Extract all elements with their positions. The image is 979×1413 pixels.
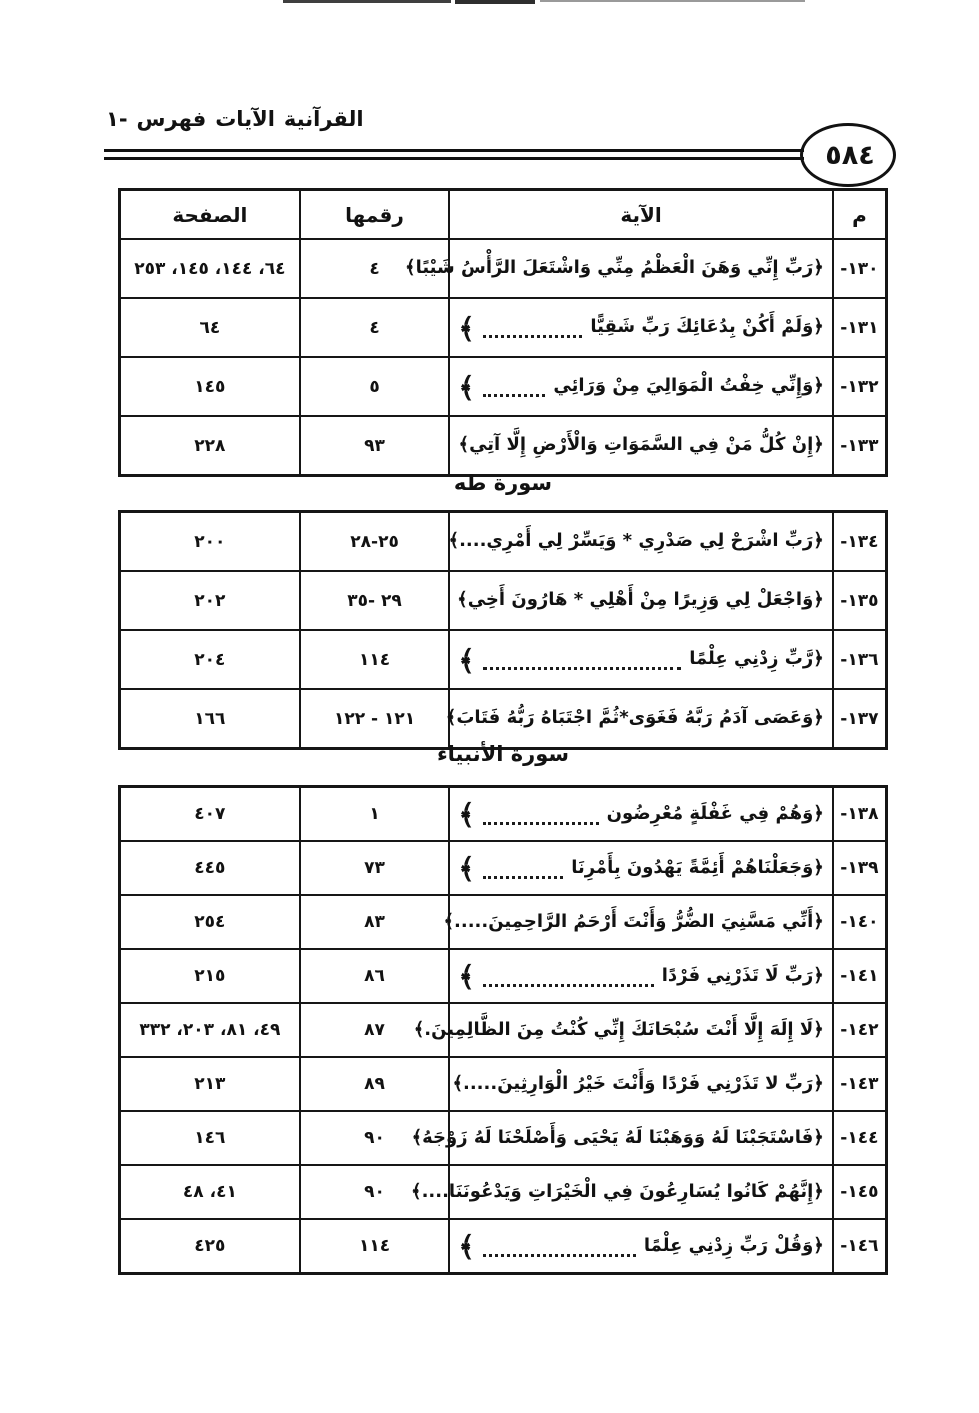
verse-cell: ﴿لَا إِلَهَ إِلَّا أَنْتَ سُبْحَانَكَ إِ… xyxy=(449,1003,833,1057)
serial-cell: ١٤٦- xyxy=(833,1219,887,1274)
serial-cell: ١٣٥- xyxy=(833,571,887,630)
table-row: ١٤١- ﴿رَبِّ لَا تَذَرْنِي فَرْدًا﴾ ٨٦ ٢١… xyxy=(120,949,887,1003)
verse-cell: ﴿فَاسْتَجَبْنَا لَهُ وَوَهَبْنَا لَهُ يَ… xyxy=(449,1111,833,1165)
serial-cell: ١٣٤- xyxy=(833,512,887,572)
verse-text: ﴿رَبِّ لَا تَذَرْنِي فَرْدًا xyxy=(662,965,824,988)
ayah-number-cell: ٧٣ xyxy=(300,841,450,895)
surah-header-anbiya: سورة الأنبياء xyxy=(118,742,888,766)
ayah-number-cell: ٤ xyxy=(300,298,450,357)
dotted-leader xyxy=(483,335,583,338)
serial-cell: ١٣٢- xyxy=(833,357,887,416)
closing-bracket: ﴾ xyxy=(458,855,474,883)
table-row: ١٣٢- ﴿وَإِنِّي خِفْتُ الْمَوَالِيَ مِنْ … xyxy=(120,357,887,416)
verse-text: ﴿وَعَصَى آدَمُ رَبَّهُ فَغَوَى*ثُمَّ اجْ… xyxy=(446,707,824,730)
page-ref-cell: ٦٤ xyxy=(120,298,300,357)
page-ref-cell: ٢٠٠ xyxy=(120,512,300,572)
title-token: فهرس xyxy=(137,107,207,131)
header-double-rule xyxy=(104,149,804,160)
verse-text: ﴿رَبِّ إِنِّي وَهَنَ الْعَظْمُ مِنِّي وَ… xyxy=(405,257,824,280)
closing-bracket: ﴾ xyxy=(458,315,474,343)
verse-cell: ﴿أَنِّي مَسَّنِيَ الضُّرُّ وَأَنْتَ أَرْ… xyxy=(449,895,833,949)
page-number: ٥٨٤ xyxy=(825,140,874,171)
table-row: ١٤٤- ﴿فَاسْتَجَبْنَا لَهُ وَوَهَبْنَا لَ… xyxy=(120,1111,887,1165)
verse-cell: ﴿وَإِنِّي خِفْتُ الْمَوَالِيَ مِنْ وَرَا… xyxy=(449,357,833,416)
serial-cell: ١٣١- xyxy=(833,298,887,357)
verse-text: ﴿رَبِّ اشْرَحْ لِي صَدْرِي * وَيَسِّرْ ل… xyxy=(449,530,824,553)
dotted-leader xyxy=(483,822,599,825)
serial-cell: ١٣٦- xyxy=(833,630,887,689)
table-row: ١٣٣- ﴿إِنْ كُلُّ مَنْ فِي السَّمَوَاتِ و… xyxy=(120,416,887,476)
verse-cell: ﴿وَلَمْ أَكُنْ بِدُعَائِكَ رَبِّ شَقِيًّ… xyxy=(449,298,833,357)
title-token: ١- xyxy=(106,107,128,131)
page-ref-cell: ٦٤، ١٤٤، ١٤٥، ٢٥٣ xyxy=(120,239,300,298)
serial-cell: ١٤١- xyxy=(833,949,887,1003)
verse-cell: ﴿وَجَعَلْنَاهُمْ أَئِمَّةً يَهْدُونَ بِأ… xyxy=(449,841,833,895)
ayah-number-cell: ٢٥-٢٨ xyxy=(300,512,450,572)
dotted-leader xyxy=(483,667,682,670)
serial-cell: ١٤٢- xyxy=(833,1003,887,1057)
page-ref-cell: ٤١، ٤٨ xyxy=(120,1165,300,1219)
closing-bracket: ﴾ xyxy=(458,1233,474,1261)
dotted-leader xyxy=(483,1254,636,1257)
serial-cell: ١٣٨- xyxy=(833,787,887,842)
page-ref-cell: ٢٢٨ xyxy=(120,416,300,476)
ayah-number-cell: ١١٤ xyxy=(300,630,450,689)
serial-cell: ١٤٠- xyxy=(833,895,887,949)
page-ref-cell: ٤٩، ٨١، ٢٠٣، ٣٣٢ xyxy=(120,1003,300,1057)
page-ref-cell: ٢٠٢ xyxy=(120,571,300,630)
verse-text: ﴿أَنِّي مَسَّنِيَ الضُّرُّ وَأَنْتَ أَرْ… xyxy=(444,911,824,934)
verse-cell: ﴿رَّبِّ زِدْنِي عِلْمًا﴾ xyxy=(449,630,833,689)
verse-cell: ﴿وَاجْعَلْ لِي وَزِيرًا مِنْ أَهْلِي * ه… xyxy=(449,571,833,630)
verse-cell: ﴿إِنَّهُمْ كَانُوا يُسَارِعُونَ فِي الْخ… xyxy=(449,1165,833,1219)
verse-text: ﴿وَهُمْ فِي غَفْلَةٍ مُعْرِضُون xyxy=(607,803,824,826)
verse-text: ﴿وَإِنِّي خِفْتُ الْمَوَالِيَ مِنْ وَرَا… xyxy=(553,375,823,398)
page-ref-cell: ٤٠٧ xyxy=(120,787,300,842)
page-title: ١- فهرس الآيات القرآنية xyxy=(106,107,364,131)
verse-text: ﴿إِنَّهُمْ كَانُوا يُسَارِعُونَ فِي الْخ… xyxy=(411,1181,824,1204)
verse-cell: ﴿رَبِّ لا تَذَرْنِي فَرْدًا وَأَنْتَ خَي… xyxy=(449,1057,833,1111)
ayah-number-cell: ٨٦ xyxy=(300,949,450,1003)
ayah-number-cell: ١٢١ - ١٢٢ xyxy=(300,689,450,749)
page-ref-cell: ١٤٥ xyxy=(120,357,300,416)
closing-bracket: ﴾ xyxy=(458,963,474,991)
dotted-leader xyxy=(483,876,563,879)
index-table-block-1: م الآية رقمها الصفحة ١٣٠- ﴿رَبِّ إِنِّي … xyxy=(118,188,888,477)
table-row: ١٣٨- ﴿وَهُمْ فِي غَفْلَةٍ مُعْرِضُون﴾ ١ … xyxy=(120,787,887,842)
ayah-number-cell: ٥ xyxy=(300,357,450,416)
verse-text: ﴿وَقُلْ رَبِّ زِدْنِي عِلْمًا xyxy=(644,1235,824,1258)
table-row: ١٤٠- ﴿أَنِّي مَسَّنِيَ الضُّرُّ وَأَنْتَ… xyxy=(120,895,887,949)
page-ref-cell: ١٦٦ xyxy=(120,689,300,749)
ayah-number-cell: ٩٣ xyxy=(300,416,450,476)
table-row: ١٣٤- ﴿رَبِّ اشْرَحْ لِي صَدْرِي * وَيَسِ… xyxy=(120,512,887,572)
table-row: ١٤٥- ﴿إِنَّهُمْ كَانُوا يُسَارِعُونَ فِي… xyxy=(120,1165,887,1219)
page-ref-cell: ١٤٦ xyxy=(120,1111,300,1165)
verse-cell: ﴿وَعَصَى آدَمُ رَبَّهُ فَغَوَى*ثُمَّ اجْ… xyxy=(449,689,833,749)
scanned-book-page: { "page_number": "٥٨٤", "header": { "tok… xyxy=(0,0,979,1413)
dotted-leader xyxy=(483,984,654,987)
table-header-row: م الآية رقمها الصفحة xyxy=(120,190,887,240)
page-number-badge: ٥٨٤ xyxy=(800,123,896,187)
page-ref-cell: ٢١٥ xyxy=(120,949,300,1003)
serial-cell: ١٣٣- xyxy=(833,416,887,476)
table-row: ١٤٦- ﴿وَقُلْ رَبِّ زِدْنِي عِلْمًا﴾ ١١٤ … xyxy=(120,1219,887,1274)
verse-text: ﴿رَبِّ لا تَذَرْنِي فَرْدًا وَأَنْتَ خَي… xyxy=(452,1073,823,1096)
table-row: ١٣٦- ﴿رَّبِّ زِدْنِي عِلْمًا﴾ ١١٤ ٢٠٤ xyxy=(120,630,887,689)
closing-bracket: ﴾ xyxy=(458,801,474,829)
page-ref-cell: ٢٠٤ xyxy=(120,630,300,689)
ayah-number-cell: ٨٣ xyxy=(300,895,450,949)
title-token: القرآنية xyxy=(284,107,364,131)
column-header-number: رقمها xyxy=(300,190,450,240)
index-table-block-2: ١٣٤- ﴿رَبِّ اشْرَحْ لِي صَدْرِي * وَيَسِ… xyxy=(118,510,888,750)
table-row: ١٤٢- ﴿لَا إِلَهَ إِلَّا أَنْتَ سُبْحَانَ… xyxy=(120,1003,887,1057)
column-header-verse: الآية xyxy=(449,190,833,240)
scan-artifact xyxy=(455,0,535,4)
table-row: ١٣٩- ﴿وَجَعَلْنَاهُمْ أَئِمَّةً يَهْدُون… xyxy=(120,841,887,895)
verse-text: ﴿فَاسْتَجَبْنَا لَهُ وَوَهَبْنَا لَهُ يَ… xyxy=(412,1127,824,1150)
column-header-page: الصفحة xyxy=(120,190,300,240)
scan-artifact xyxy=(540,0,805,2)
closing-bracket: ﴾ xyxy=(458,647,474,675)
table-row: ١٣٧- ﴿وَعَصَى آدَمُ رَبَّهُ فَغَوَى*ثُمَ… xyxy=(120,689,887,749)
serial-cell: ١٤٥- xyxy=(833,1165,887,1219)
serial-cell: ١٣٠- xyxy=(833,239,887,298)
ayah-number-cell: ٨٩ xyxy=(300,1057,450,1111)
closing-bracket: ﴾ xyxy=(458,374,474,402)
verse-text: ﴿إِنْ كُلُّ مَنْ فِي السَّمَوَاتِ وَالْأ… xyxy=(459,434,824,457)
page-ref-cell: ٤٢٥ xyxy=(120,1219,300,1274)
verse-cell: ﴿وَقُلْ رَبِّ زِدْنِي عِلْمًا﴾ xyxy=(449,1219,833,1274)
ayah-number-cell: ١١٤ xyxy=(300,1219,450,1274)
verse-text: ﴿رَّبِّ زِدْنِي عِلْمًا xyxy=(689,648,824,671)
serial-cell: ١٣٩- xyxy=(833,841,887,895)
ayah-number-cell: ١ xyxy=(300,787,450,842)
verse-text: ﴿وَجَعَلْنَاهُمْ أَئِمَّةً يَهْدُونَ بِأ… xyxy=(571,857,824,880)
ayah-number-cell: ٢٩ -٣٥ xyxy=(300,571,450,630)
serial-cell: ١٤٣- xyxy=(833,1057,887,1111)
table-row: ١٤٣- ﴿رَبِّ لا تَذَرْنِي فَرْدًا وَأَنْت… xyxy=(120,1057,887,1111)
index-table-block-3: ١٣٨- ﴿وَهُمْ فِي غَفْلَةٍ مُعْرِضُون﴾ ١ … xyxy=(118,785,888,1275)
scan-artifact xyxy=(283,0,451,3)
verse-text: ﴿وَاجْعَلْ لِي وَزِيرًا مِنْ أَهْلِي * ه… xyxy=(457,589,824,612)
title-token: الآيات xyxy=(215,107,275,131)
column-header-serial: م xyxy=(833,190,887,240)
verse-text: ﴿وَلَمْ أَكُنْ بِدُعَائِكَ رَبِّ شَقِيًّ… xyxy=(590,316,823,339)
verse-cell: ﴿رَبِّ إِنِّي وَهَنَ الْعَظْمُ مِنِّي وَ… xyxy=(449,239,833,298)
table-row: ١٣١- ﴿وَلَمْ أَكُنْ بِدُعَائِكَ رَبِّ شَ… xyxy=(120,298,887,357)
surah-header-taha: سورة طه xyxy=(118,471,888,495)
verse-cell: ﴿رَبِّ لَا تَذَرْنِي فَرْدًا﴾ xyxy=(449,949,833,1003)
page-ref-cell: ٤٤٥ xyxy=(120,841,300,895)
verse-cell: ﴿رَبِّ اشْرَحْ لِي صَدْرِي * وَيَسِّرْ ل… xyxy=(449,512,833,572)
table-row: ١٣٥- ﴿وَاجْعَلْ لِي وَزِيرًا مِنْ أَهْلِ… xyxy=(120,571,887,630)
page-ref-cell: ٢١٣ xyxy=(120,1057,300,1111)
verse-cell: ﴿وَهُمْ فِي غَفْلَةٍ مُعْرِضُون﴾ xyxy=(449,787,833,842)
page-ref-cell: ٢٥٤ xyxy=(120,895,300,949)
table-row: ١٣٠- ﴿رَبِّ إِنِّي وَهَنَ الْعَظْمُ مِنِ… xyxy=(120,239,887,298)
serial-cell: ١٤٤- xyxy=(833,1111,887,1165)
dotted-leader xyxy=(483,394,546,397)
serial-cell: ١٣٧- xyxy=(833,689,887,749)
verse-text: ﴿لَا إِلَهَ إِلَّا أَنْتَ سُبْحَانَكَ إِ… xyxy=(414,1019,824,1042)
verse-cell: ﴿إِنْ كُلُّ مَنْ فِي السَّمَوَاتِ وَالْأ… xyxy=(449,416,833,476)
